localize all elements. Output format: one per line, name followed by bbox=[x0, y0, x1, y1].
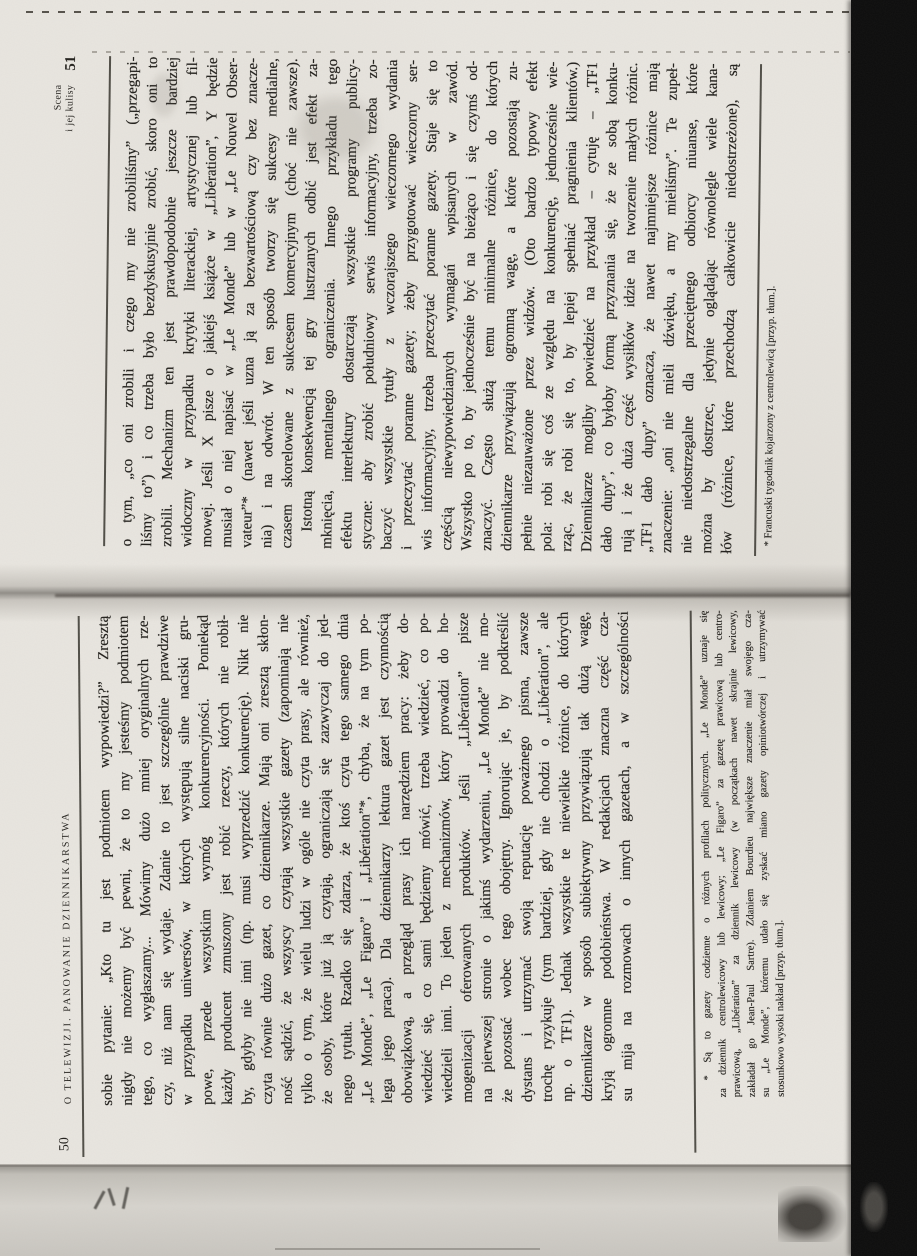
scan-scribble-mark bbox=[94, 1182, 138, 1212]
page-edge-dashed-line bbox=[26, 11, 850, 13]
running-head-right-text: Scena i jej kulisy bbox=[52, 84, 77, 131]
page-50-body-text: sobie pytanie: „Kto tu jest podmiotem wy… bbox=[94, 611, 638, 1106]
scan-ink-blob bbox=[778, 1186, 846, 1242]
running-head-rule-right bbox=[103, 56, 111, 546]
page-51-body-text: o tym, „co oni zrobili i czego my nie zr… bbox=[117, 56, 743, 554]
running-head-left: O TELEWIZJI. PANOWANIE DZIENNIKARSTWA bbox=[60, 811, 74, 1104]
page-51-footnote: * Francuski tygodnik kojarzony z centrol… bbox=[762, 64, 782, 554]
page-number-50: 50 bbox=[57, 1137, 73, 1151]
paper-smudge bbox=[292, 92, 380, 164]
scanner-band-smudge bbox=[860, 1182, 888, 1232]
running-head-rule-left bbox=[78, 616, 85, 1157]
running-head-line-1: Scena bbox=[52, 84, 65, 131]
page-edge-dashed-line-2 bbox=[92, 51, 850, 53]
footnote-rule-right bbox=[754, 64, 762, 556]
scan-scratch-mark bbox=[275, 1248, 540, 1250]
text-line: su mija na rozmowach o innych gazetach, … bbox=[614, 611, 638, 1101]
page-edge-line-left bbox=[0, 1164, 852, 1167]
paper-smudge-2 bbox=[148, 70, 180, 120]
book-gutter-shadow bbox=[0, 564, 852, 622]
running-head-right: Scena i jej kulisy 51 bbox=[52, 55, 77, 131]
page-50-footnote: * Są to gazety codzienne o różnych profi… bbox=[698, 610, 789, 1098]
footnote-rule-left bbox=[690, 611, 697, 1153]
book-spread-scan: 50 O TELEWIZJI. PANOWANIE DZIENNIKARSTWA… bbox=[0, 0, 917, 1256]
scanner-black-band bbox=[851, 0, 917, 1256]
page-number-51: 51 bbox=[63, 56, 80, 71]
page-51: Scena i jej kulisy 51 o tym, „co oni zro… bbox=[0, 40, 855, 585]
scanned-document-viewport: 50 O TELEWIZJI. PANOWANIE DZIENNIKARSTWA… bbox=[0, 0, 917, 1256]
running-head-line-2: i jej kulisy bbox=[64, 85, 77, 132]
book-gutter-line bbox=[55, 594, 850, 597]
page-50: 50 O TELEWIZJI. PANOWANIE DZIENNIKARSTWA… bbox=[0, 596, 854, 1163]
